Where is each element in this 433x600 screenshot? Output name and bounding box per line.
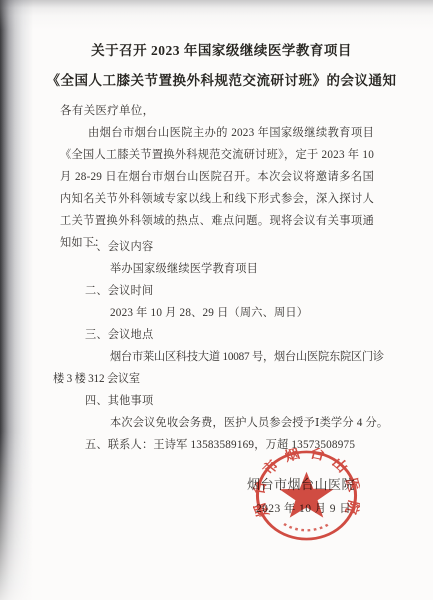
section-3-body: 烟台市莱山区科技大道 10087 号，烟台山医院东院区门诊楼 3 楼 312 会…	[53, 346, 390, 390]
section-2-heading: 二、会议时间	[85, 280, 376, 302]
seal-bottom-marks	[284, 524, 329, 530]
section-1-body: 举办国家级继续医学教育项目	[110, 258, 376, 280]
title-line-1: 关于召开 2023 年国家级继续医学教育项目	[34, 36, 409, 66]
official-seal-stamp: 烟台市烟台山医院	[253, 448, 360, 543]
section-1-heading: 一、会议内容	[85, 236, 376, 258]
section-4-body: 本次会议免收会务费，医护人员参会授予Ⅰ类学分 4 分。	[110, 412, 376, 434]
signature-organization: 烟台市烟台山医院	[247, 474, 355, 493]
scan-edge-left	[0, 0, 34, 600]
section-3-heading: 三、会议地点	[85, 324, 376, 346]
salutation: 各有关医疗单位，	[60, 100, 154, 122]
signature-date: 2023 年 10 月 9 日	[256, 500, 351, 516]
section-4-heading: 四、其他事项	[85, 390, 376, 412]
intro-paragraph: 由烟台市烟台山医院主办的 2023 年国家级继续教育项目《全国人工膝关节置换外科…	[60, 122, 374, 232]
scan-edge-top	[0, 0, 433, 30]
notice-document-page: 关于召开 2023 年国家级继续医学教育项目 《全国人工膝关节置换外科规范交流研…	[0, 0, 433, 600]
section-2-body: 2023 年 10 月 28、29 日（周六、周日）	[110, 302, 376, 324]
seal-graphic: 烟台市烟台山医院	[253, 448, 360, 543]
document-title: 关于召开 2023 年国家级继续医学教育项目 《全国人工膝关节置换外科规范交流研…	[34, 36, 409, 96]
section-5-heading: 五、联系人：王诗军 13583589169，万超 13573508975	[85, 434, 376, 456]
title-line-2: 《全国人工膝关节置换外科规范交流研讨班》的会议通知	[34, 66, 409, 96]
sections-list: 一、会议内容 举办国家级继续医学教育项目 二、会议时间 2023 年 10 月 …	[60, 236, 376, 456]
seal-ring	[257, 452, 355, 539]
